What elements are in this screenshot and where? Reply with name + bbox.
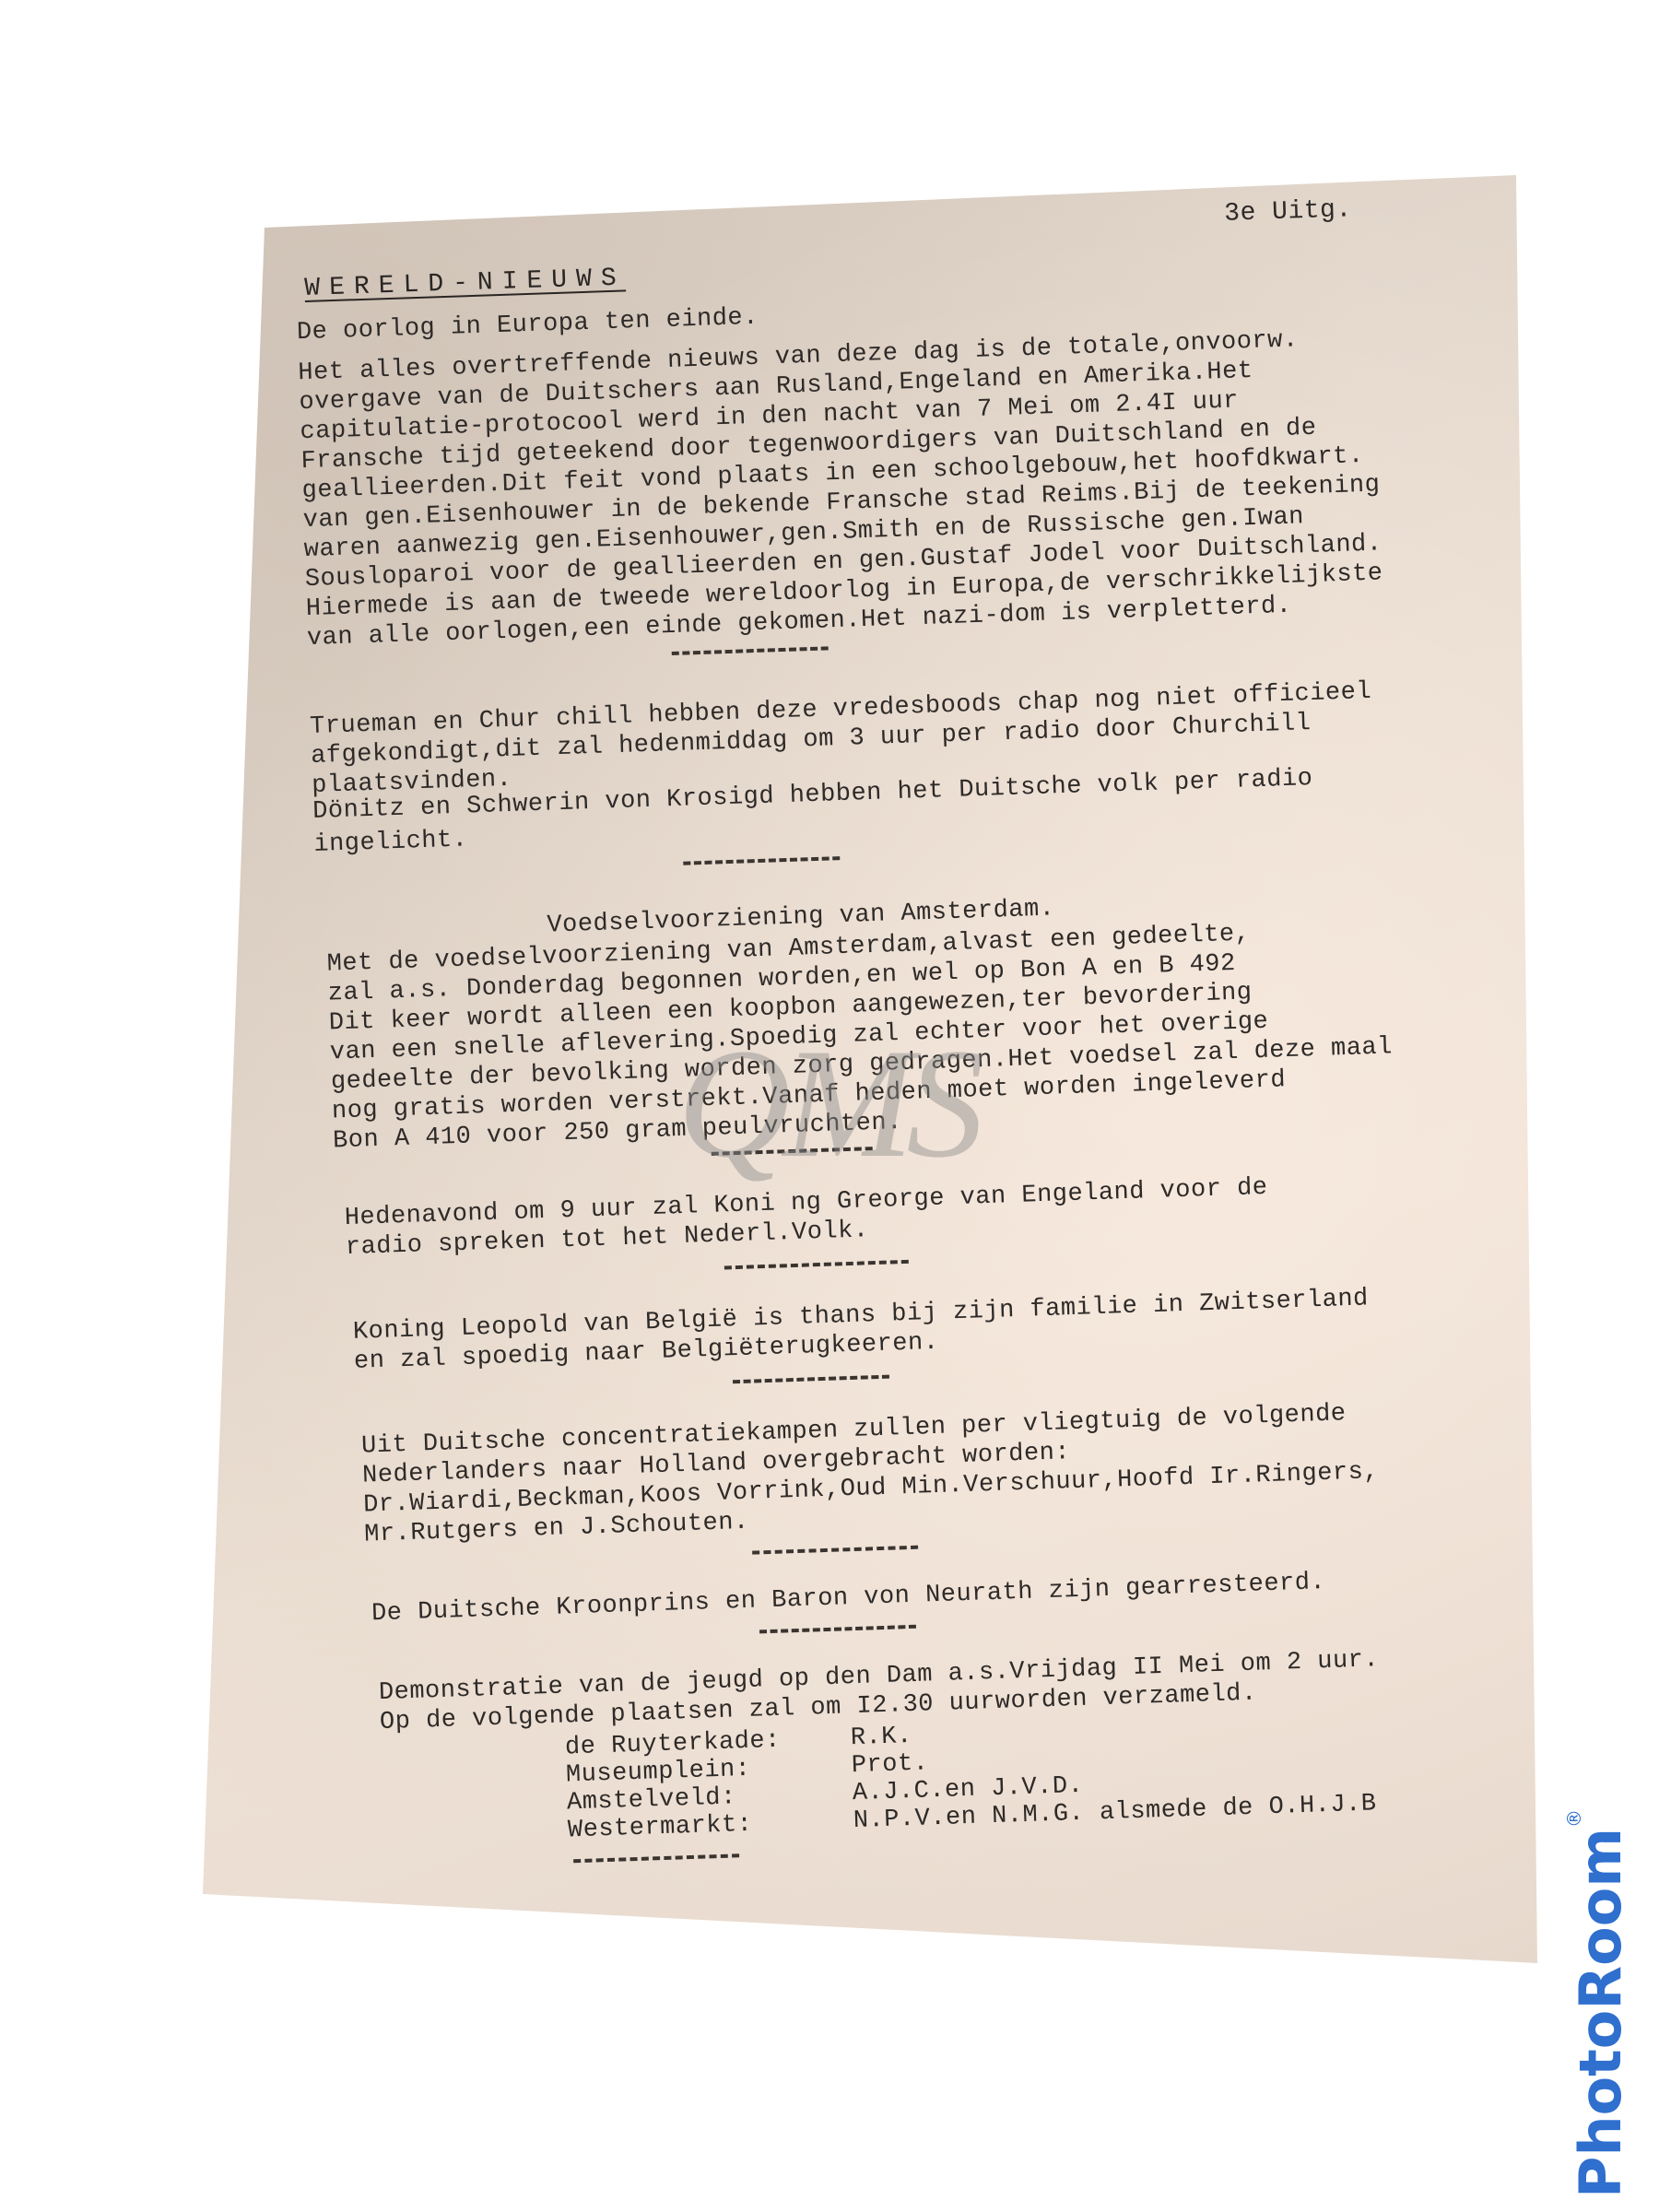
- location-groups: R.K.: [850, 1724, 912, 1751]
- photoroom-logo: PhotoRoom®: [1567, 1809, 1634, 2198]
- brand-name: PhotoRoom: [1567, 1828, 1634, 2198]
- text-line: ingelicht.: [313, 828, 468, 858]
- location-name: Westermarkt:: [568, 1813, 753, 1844]
- registered-mark-icon: ®: [1563, 1809, 1585, 1828]
- location-groups: Prot.: [851, 1751, 928, 1779]
- photo-stage: 3e Uitg. WERELD-NIEUWS De oorlog in Euro…: [0, 0, 1659, 2212]
- edition-label: 3e Uitg.: [1224, 195, 1352, 229]
